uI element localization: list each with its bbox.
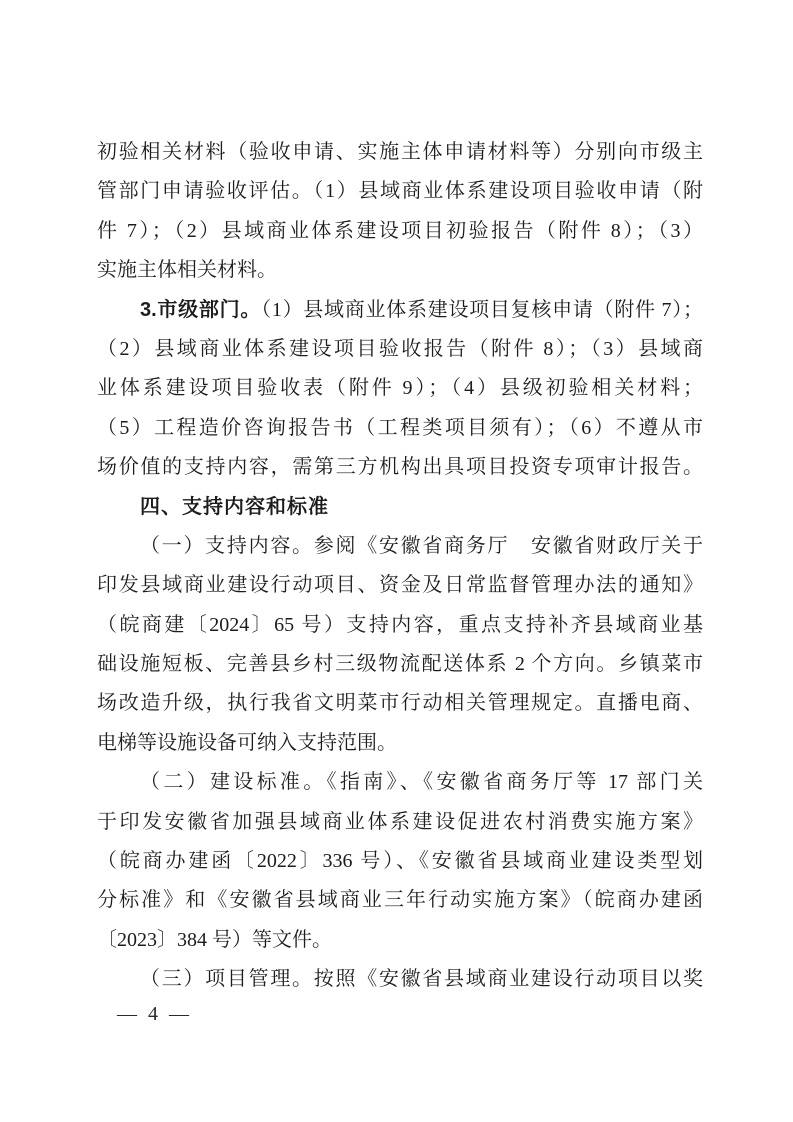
text-line: 初验相关材料（验收申请、实施主体申请材料等）分别向市级主: [97, 133, 703, 172]
text-line: 业体系建设项目验收表（附件 9）；（4）县级初验相关材料；: [97, 369, 703, 408]
section-heading: 四、支持内容和标准: [97, 488, 703, 527]
text-run: 按照《安徽省县域商业建设行动项目以奖: [314, 968, 703, 990]
text-run: （5）工程造价咨询报告书（工程类项目须有）；（6）不遵从市: [97, 417, 703, 439]
text-run: （2）县域商业体系建设项目验收报告（附件 8）；（3）县域商: [97, 338, 703, 360]
text-line: （5）工程造价咨询报告书（工程类项目须有）；（6）不遵从市: [97, 409, 703, 448]
text-line: 场改造升级，执行我省文明菜市行动相关管理规定。直播电商、: [97, 684, 703, 723]
text-line: （皖商办建函〔2022〕336 号）、《安徽省县域商业建设类型划: [97, 842, 703, 881]
text-run: 场改造升级，执行我省文明菜市行动相关管理规定。直播电商、: [97, 692, 703, 714]
text-line: 分标准》和《安徽省县域商业三年行动实施方案》（皖商办建函: [97, 881, 703, 920]
text-run: 印发县域商业建设行动项目、资金及日常监督管理办法的通知》: [97, 574, 703, 596]
text-line: 印发县域商业建设行动项目、资金及日常监督管理办法的通知》: [97, 566, 703, 605]
text-run: 业体系建设项目验收表（附件 9）；（4）县级初验相关材料；: [97, 377, 703, 399]
text-run: （皖商办建函〔2022〕336 号）、《安徽省县域商业建设类型划: [97, 850, 703, 872]
text-run: 实施主体相关材料。: [97, 259, 277, 281]
text-run: 管部门申请验收评估。（1）县域商业体系建设项目验收申请（附: [97, 180, 703, 202]
text-run: 《指南》、《安徽省商务厅等 17 部门关: [327, 771, 703, 793]
document-body: 初验相关材料（验收申请、实施主体申请材料等）分别向市级主 管部门申请验收评估。（…: [97, 133, 703, 1000]
text-run: （1）县域商业体系建设项目复核申请（附件 7）；: [261, 299, 703, 321]
text-line: 件 7）；（2）县域商业体系建设项目初验报告（附件 8）；（3）: [97, 212, 703, 251]
text-line: 础设施短板、完善县乡村三级物流配送体系 2 个方向。乡镇菜市: [97, 645, 703, 684]
text-run: 初验相关材料（验收申请、实施主体申请材料等）分别向市级主: [97, 141, 703, 163]
text-line: 电梯等设施设备可纳入支持范围。: [97, 724, 703, 763]
bold-run: 3.市级部门。: [140, 299, 261, 321]
text-run: 参阅《安徽省商务厅 安徽省财政厅关于: [314, 535, 703, 557]
text-run: 于印发安徽省加强县域商业体系建设促进农村消费实施方案》: [97, 811, 703, 833]
text-line: 管部门申请验收评估。（1）县域商业体系建设项目验收申请（附: [97, 172, 703, 211]
text-line: 于印发安徽省加强县域商业体系建设促进农村消费实施方案》: [97, 803, 703, 842]
text-run: 〔2023〕384 号）等文件。: [97, 929, 332, 951]
text-run: 础设施短板、完善县乡村三级物流配送体系 2 个方向。乡镇菜市: [97, 653, 703, 675]
document-page: 初验相关材料（验收申请、实施主体申请材料等）分别向市级主 管部门申请验收评估。（…: [0, 0, 793, 1122]
text-run: 件 7）；（2）县域商业体系建设项目初验报告（附件 8）；（3）: [97, 220, 703, 242]
paragraph-construction-standards: （二）建设标准。《指南》、《安徽省商务厅等 17 部门关 于印发安徽省加强县域商…: [97, 763, 703, 960]
kai-run: （二）建设标准。: [140, 771, 327, 793]
text-run: 分标准》和《安徽省县域商业三年行动实施方案》（皖商办建函: [97, 889, 703, 911]
heading-text: 四、支持内容和标准: [140, 496, 329, 518]
kai-run: （一）支持内容。: [140, 535, 314, 557]
text-line: 实施主体相关材料。: [97, 251, 703, 290]
paragraph-support-content: （一）支持内容。参阅《安徽省商务厅 安徽省财政厅关于 印发县域商业建设行动项目、…: [97, 527, 703, 763]
paragraph-city-level-departments: 3.市级部门。（1）县域商业体系建设项目复核申请（附件 7）； （2）县域商业体…: [97, 291, 703, 488]
paragraph-project-management: （三）项目管理。按照《安徽省县域商业建设行动项目以奖: [97, 960, 703, 999]
text-line: （2）县域商业体系建设项目验收报告（附件 8）；（3）县域商: [97, 330, 703, 369]
text-line: （三）项目管理。按照《安徽省县域商业建设行动项目以奖: [97, 960, 703, 999]
text-run: 电梯等设施设备可纳入支持范围。: [97, 732, 397, 754]
text-line: （一）支持内容。参阅《安徽省商务厅 安徽省财政厅关于: [97, 527, 703, 566]
text-run: 场价值的支持内容，需第三方机构出具项目投资专项审计报告。: [97, 456, 703, 478]
paragraph-acceptance-materials: 初验相关材料（验收申请、实施主体申请材料等）分别向市级主 管部门申请验收评估。（…: [97, 133, 703, 291]
text-line: 〔2023〕384 号）等文件。: [97, 921, 703, 960]
text-line: 3.市级部门。（1）县域商业体系建设项目复核申请（附件 7）；: [97, 291, 703, 330]
text-line: （二）建设标准。《指南》、《安徽省商务厅等 17 部门关: [97, 763, 703, 802]
kai-run: （三）项目管理。: [140, 968, 314, 990]
page-number: — 4 —: [117, 998, 192, 1030]
text-line: （皖商建〔2024〕65 号）支持内容，重点支持补齐县域商业基: [97, 606, 703, 645]
text-run: （皖商建〔2024〕65 号）支持内容，重点支持补齐县域商业基: [97, 614, 703, 636]
text-line: 场价值的支持内容，需第三方机构出具项目投资专项审计报告。: [97, 448, 703, 487]
